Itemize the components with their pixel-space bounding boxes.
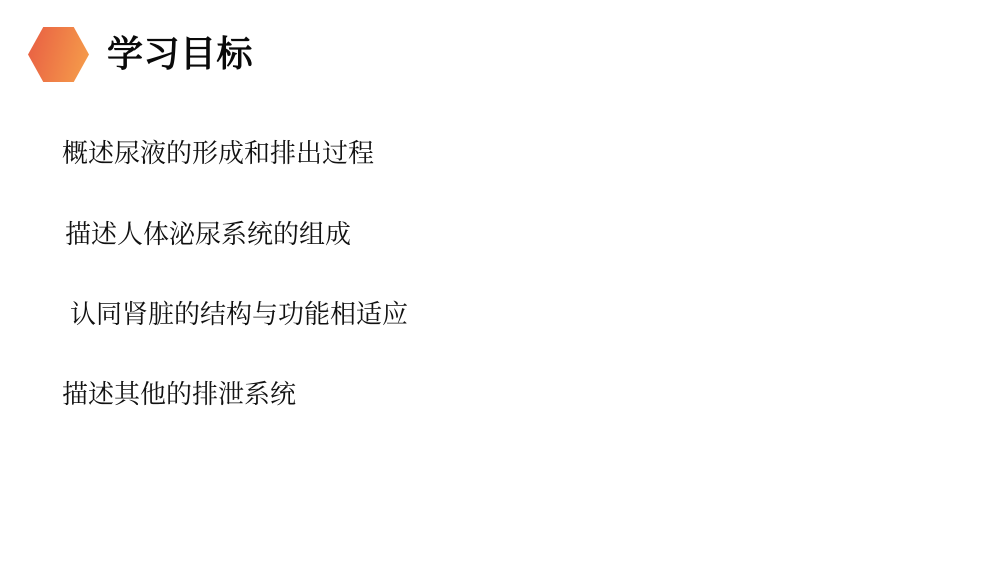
hexagon-icon (28, 27, 89, 82)
slide-title: 学习目标 (107, 34, 253, 74)
slide-canvas: 学习目标 概述尿液的形成和排出过程 描述人体泌尿系统的组成 认同肾脏的结构与功能… (0, 0, 1000, 563)
objective-line-4: 描述其他的排泄系统 (62, 380, 296, 408)
objective-line-1: 概述尿液的形成和排出过程 (62, 139, 374, 167)
objective-line-2: 描述人体泌尿系统的组成 (65, 220, 351, 248)
objective-line-3: 认同肾脏的结构与功能相适应 (70, 300, 408, 328)
